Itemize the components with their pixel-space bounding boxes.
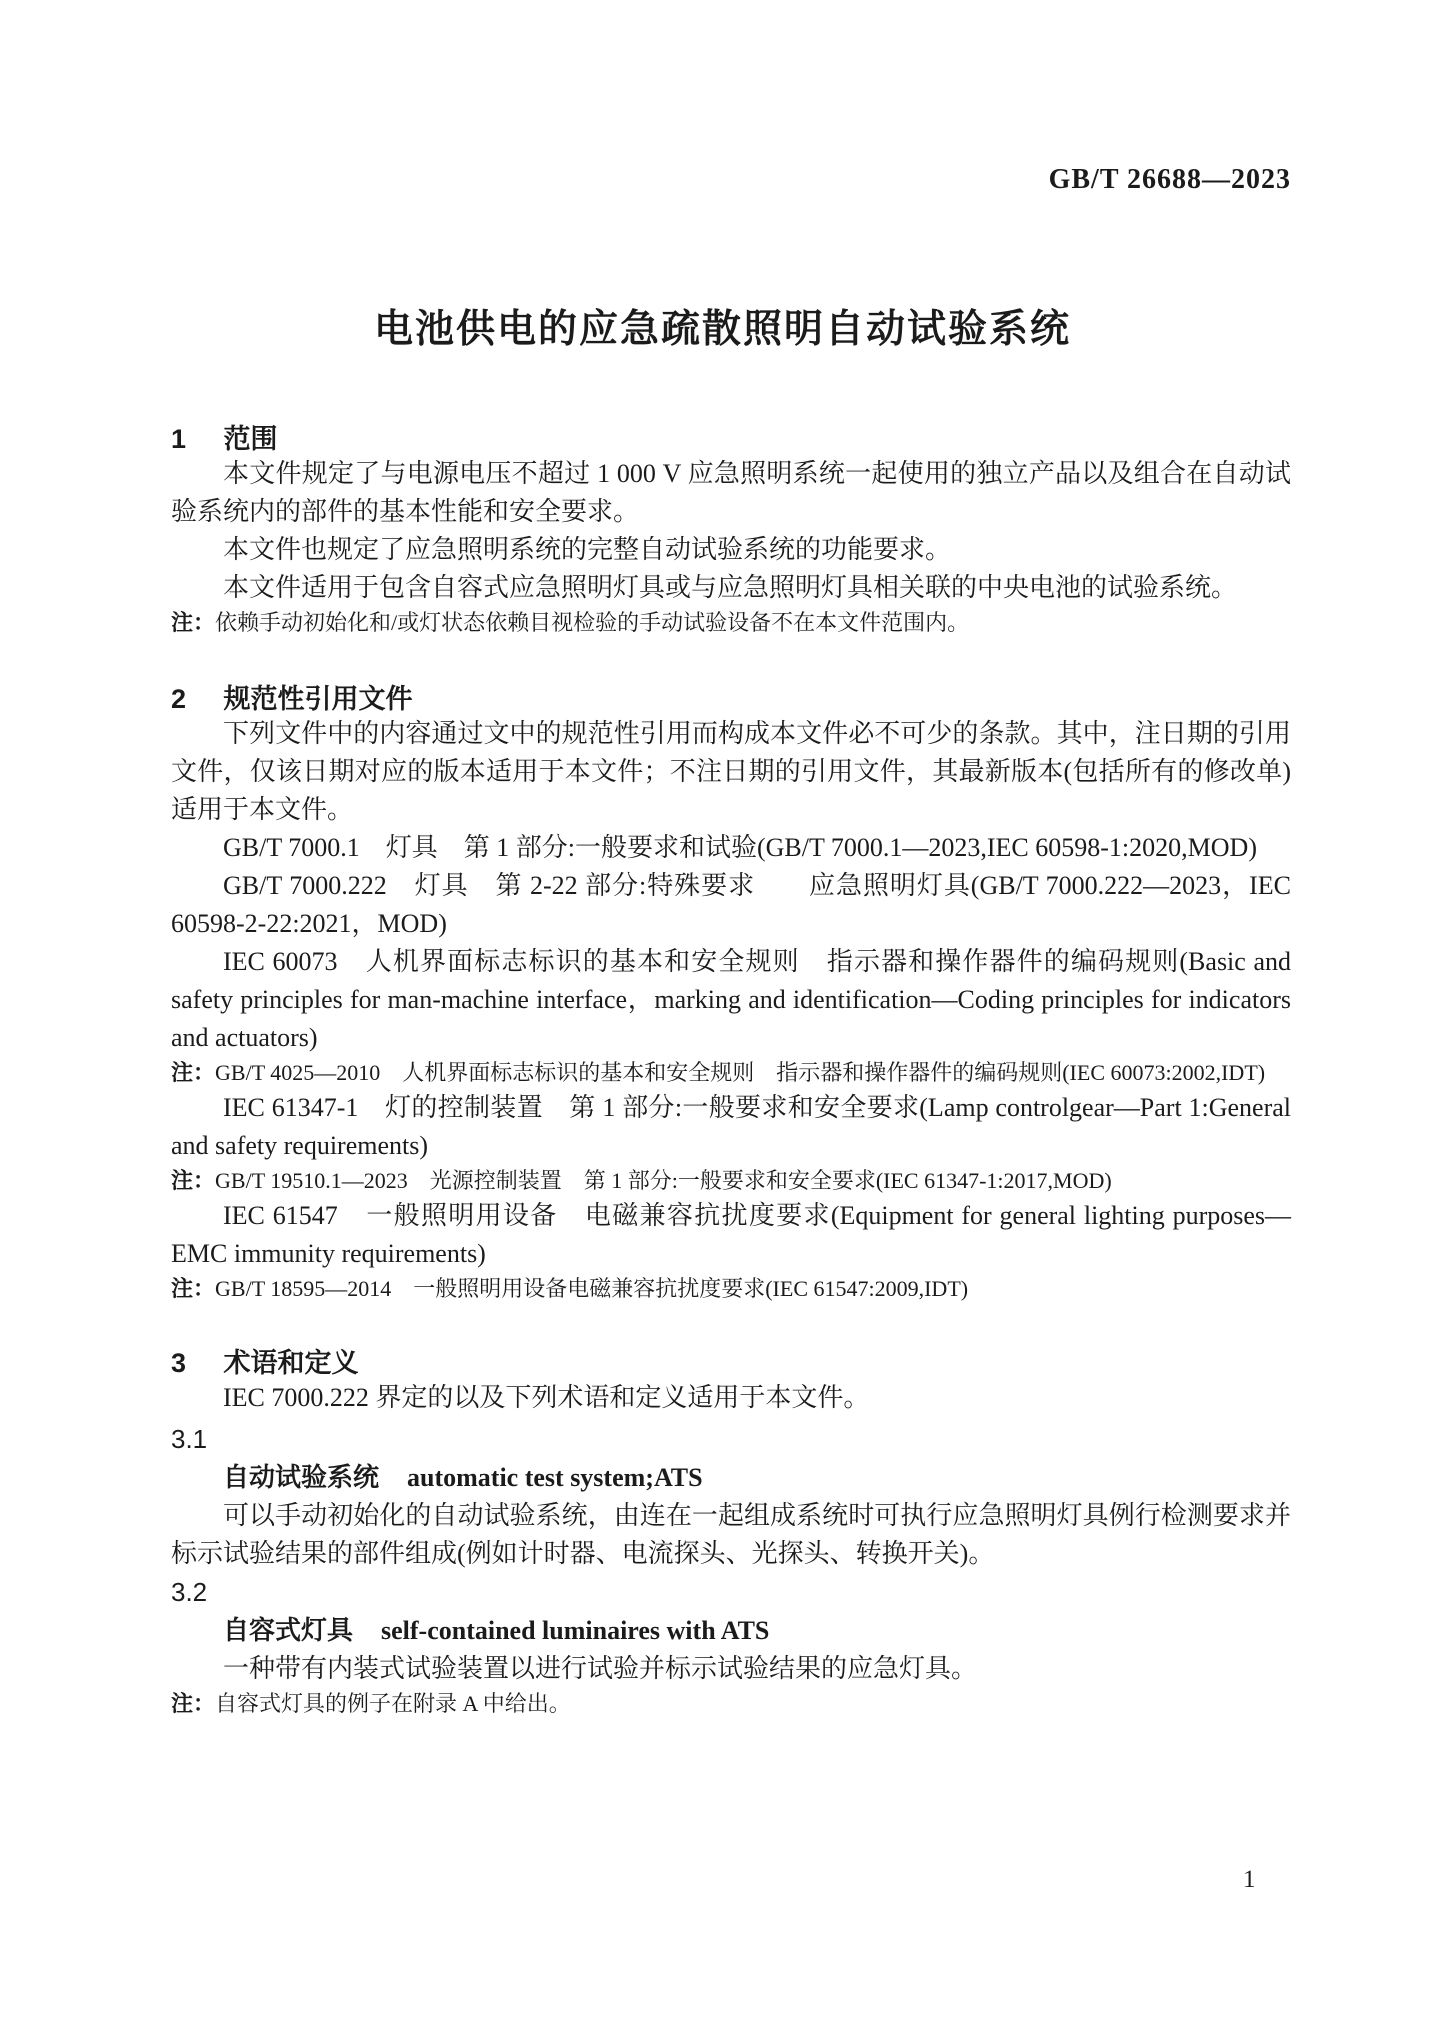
document-body: 1 范围 本文件规定了与电源电压不超过 1 000 V 应急照明系统一起使用的独… xyxy=(171,423,1291,1720)
section-2-number: 2 xyxy=(171,683,186,715)
section-2-heading: 2 规范性引用文件 xyxy=(171,683,1291,715)
reference-item: GB/T 7000.222 灯具 第 2-22 部分:特殊要求 应急照明灯具(G… xyxy=(171,867,1291,943)
section-1-number: 1 xyxy=(171,423,186,455)
scope-note: 注：依赖手动初始化和/或灯状态依赖目视检验的手动试验设备不在本文件范围内。 xyxy=(171,607,1291,639)
note-text: 依赖手动初始化和/或灯状态依赖目视检验的手动试验设备不在本文件范围内。 xyxy=(215,610,969,635)
document-title: 电池供电的应急疏散照明自动试验系统 xyxy=(0,298,1445,354)
reference-item: IEC 61547 一般照明用设备 电磁兼容抗扰度要求(Equipment fo… xyxy=(171,1197,1291,1273)
scope-paragraph-2: 本文件也规定了应急照明系统的完整自动试验系统的功能要求。 xyxy=(171,531,1291,569)
section-1-title: 范围 xyxy=(224,424,278,454)
standard-number: GB/T 26688—2023 xyxy=(1049,164,1291,196)
note-label: 注： xyxy=(171,1168,215,1193)
reference-item: IEC 60073 人机界面标志标识的基本和安全规则 指示器和操作器件的编码规则… xyxy=(171,943,1291,1057)
normative-refs-intro: 下列文件中的内容通过文中的规范性引用而构成本文件必不可少的条款。其中，注日期的引… xyxy=(171,715,1291,829)
term-entry: 自动试验系统automatic test system;ATS xyxy=(171,1458,1291,1497)
term-english: automatic test system;ATS xyxy=(407,1463,703,1492)
term-definition: 一种带有内装式试验装置以进行试验并标示试验结果的应急灯具。 xyxy=(171,1650,1291,1688)
term-english: self-contained luminaires with ATS xyxy=(381,1616,769,1645)
clause-number-3-1: 3.1 xyxy=(171,1420,1291,1458)
reference-note: 注：GB/T 4025—2010 人机界面标志标识的基本和安全规则 指示器和操作… xyxy=(171,1057,1291,1089)
document-page: GB/T 26688—2023 电池供电的应急疏散照明自动试验系统 1 范围 本… xyxy=(0,0,1445,2044)
note-label: 注： xyxy=(171,1691,215,1716)
term-chinese: 自容式灯具 xyxy=(223,1615,353,1645)
note-text: 自容式灯具的例子在附录 A 中给出。 xyxy=(215,1691,571,1716)
term-definition: 可以手动初始化的自动试验系统，由连在一起组成系统时可执行应急照明灯具例行检测要求… xyxy=(171,1497,1291,1573)
terms-intro: IEC 7000.222 界定的以及下列术语和定义适用于本文件。 xyxy=(171,1379,1291,1417)
section-1-heading: 1 范围 xyxy=(171,423,1291,455)
section-3-heading: 3 术语和定义 xyxy=(171,1347,1291,1379)
note-label: 注： xyxy=(171,1276,215,1301)
section-2-title: 规范性引用文件 xyxy=(224,684,413,714)
page-number: 1 xyxy=(1243,1866,1256,1894)
term-note: 注：自容式灯具的例子在附录 A 中给出。 xyxy=(171,1688,1291,1720)
term-chinese: 自动试验系统 xyxy=(223,1462,379,1492)
note-text: GB/T 19510.1—2023 光源控制装置 第 1 部分:一般要求和安全要… xyxy=(215,1168,1112,1193)
note-text: GB/T 4025—2010 人机界面标志标识的基本和安全规则 指示器和操作器件… xyxy=(215,1060,1265,1085)
section-3-title: 术语和定义 xyxy=(224,1348,359,1378)
reference-note: 注：GB/T 18595—2014 一般照明用设备电磁兼容抗扰度要求(IEC 6… xyxy=(171,1273,1291,1305)
note-label: 注： xyxy=(171,610,215,635)
reference-item: IEC 61347-1 灯的控制装置 第 1 部分:一般要求和安全要求(Lamp… xyxy=(171,1089,1291,1165)
reference-item: GB/T 7000.1 灯具 第 1 部分:一般要求和试验(GB/T 7000.… xyxy=(171,829,1291,867)
section-3-number: 3 xyxy=(171,1347,186,1379)
clause-number-3-2: 3.2 xyxy=(171,1573,1291,1611)
scope-paragraph-3: 本文件适用于包含自容式应急照明灯具或与应急照明灯具相关联的中央电池的试验系统。 xyxy=(171,569,1291,607)
reference-note: 注：GB/T 19510.1—2023 光源控制装置 第 1 部分:一般要求和安… xyxy=(171,1165,1291,1197)
note-label: 注： xyxy=(171,1060,215,1085)
term-entry: 自容式灯具self-contained luminaires with ATS xyxy=(171,1611,1291,1650)
scope-paragraph-1: 本文件规定了与电源电压不超过 1 000 V 应急照明系统一起使用的独立产品以及… xyxy=(171,455,1291,531)
note-text: GB/T 18595—2014 一般照明用设备电磁兼容抗扰度要求(IEC 615… xyxy=(215,1276,968,1301)
